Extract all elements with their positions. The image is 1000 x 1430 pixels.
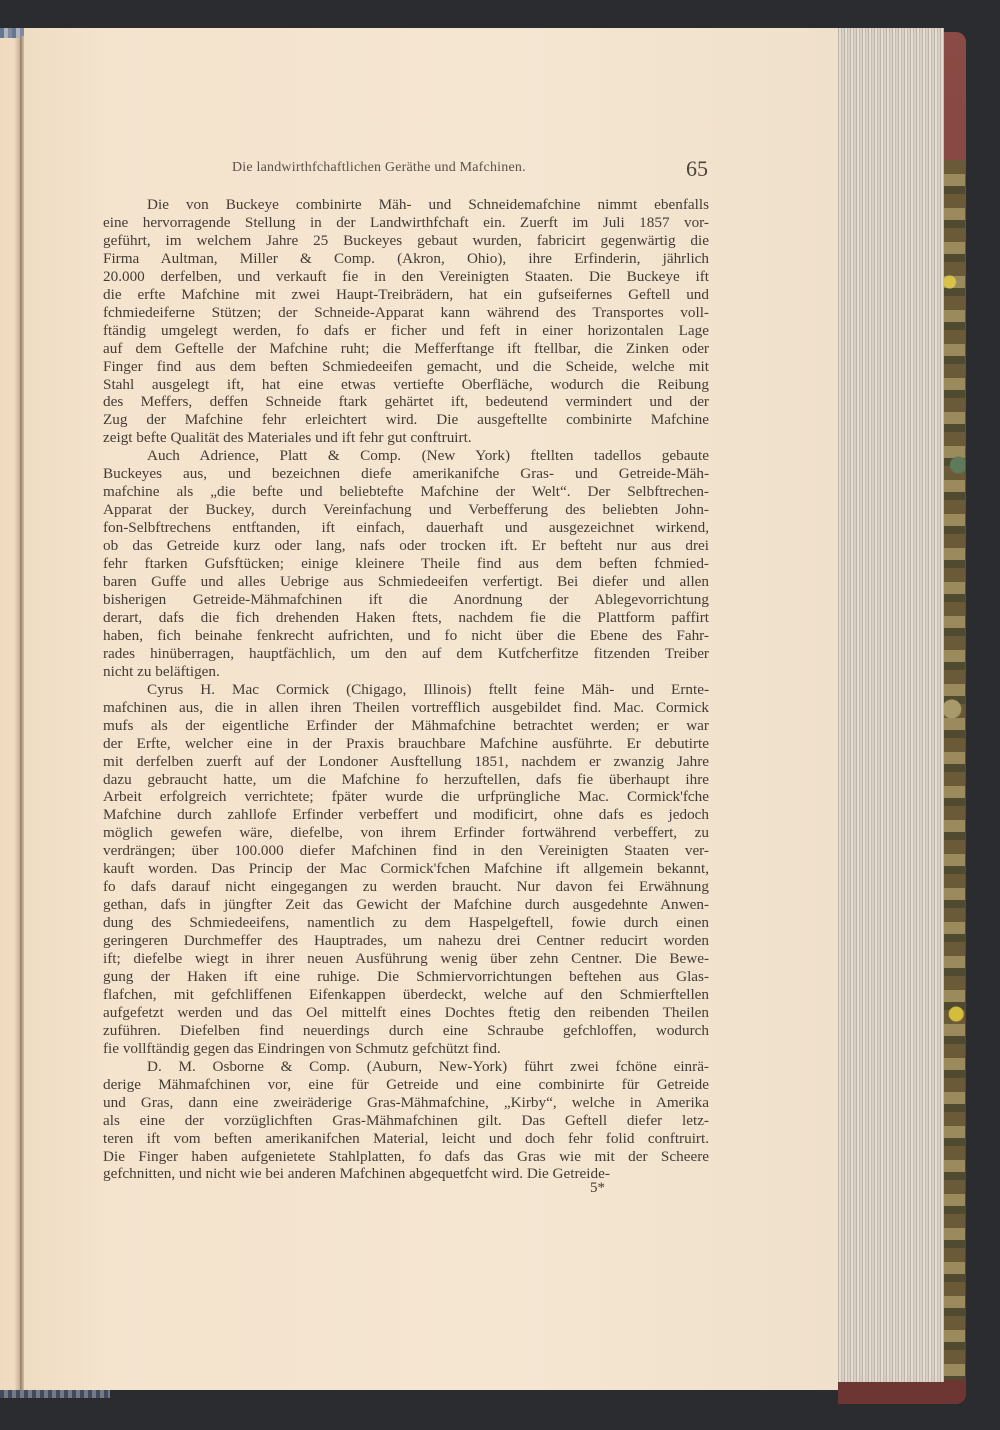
text-line: fo dafs darauf nicht eingegangen zu werd… (103, 878, 709, 896)
text-line: mit derfelben zuerft auf der Londoner Au… (103, 753, 709, 771)
text-line: Die von Buckeye combinirte Mäh- und Schn… (103, 196, 709, 214)
text-line: zuführen. Diefelben find neuerdings durc… (103, 1022, 709, 1040)
text-line: der Erfte, welcher eine in der Praxis br… (103, 735, 709, 753)
text-line: und Gras, dann eine zweiräderige Gras-Mä… (103, 1094, 709, 1112)
text-line: rades hinüberragen, hauptfächlich, um de… (103, 645, 709, 663)
text-line: fehr ftarken Gufsftücken; einige kleiner… (103, 555, 709, 573)
text-line: verdrängen; über 100.000 diefer Mafchine… (103, 842, 709, 860)
text-line: die erfte Mafchine mit zwei Haupt-Treibr… (103, 286, 709, 304)
text-line: möglich gewefen wäre, diefelbe, von ihre… (103, 824, 709, 842)
facing-page-edge (0, 38, 20, 1390)
text-line: Arbeit erfolgreich verrichtete; fpäter w… (103, 788, 709, 806)
text-line: derige Mähmafchinen vor, eine für Getrei… (103, 1076, 709, 1094)
text-line: Auch Adrience, Platt & Comp. (New York) … (103, 447, 709, 465)
text-line: bisherigen Getreide-Mähmafchinen ift die… (103, 591, 709, 609)
text-line: Firma Aultman, Miller & Comp. (Akron, Oh… (103, 250, 709, 268)
running-head: Die landwirthfchaftlichen Geräthe und Ma… (232, 160, 712, 176)
text-line: D. M. Osborne & Comp. (Auburn, New-York)… (103, 1058, 709, 1076)
text-line: geringeren Durchmeffer des Hauptrades, u… (103, 932, 709, 950)
text-line: gefchnitten, und nicht wie bei anderen M… (103, 1165, 709, 1183)
text-line: Zug der Mafchine fehr erleichtert wird. … (103, 411, 709, 429)
body-text: Die von Buckeye combinirte Mäh- und Schn… (103, 196, 709, 1183)
text-line: Cyrus H. Mac Cormick (Chigago, Illinois)… (103, 681, 709, 699)
text-line: kauft worden. Das Princip der Mac Cormic… (103, 860, 709, 878)
text-line: Stahl ausgelegt ift, hat eine etwas vert… (103, 376, 709, 394)
text-line: teren ift vom beften amerikanifchen Mate… (103, 1130, 709, 1148)
text-line: aufgefetzt werden und das Oel mittelft e… (103, 1004, 709, 1022)
marbled-endpaper (943, 160, 965, 1380)
text-line: derart, dafs die fich drehenden Haken ft… (103, 609, 709, 627)
paragraph: D. M. Osborne & Comp. (Auburn, New-York)… (103, 1058, 709, 1184)
text-line: haben, fich beinahe fenkrecht aufrichten… (103, 627, 709, 645)
text-line: fchmiedeiferne Stützen; der Schneide-App… (103, 304, 709, 322)
text-line: Mafchine durch zahllofe Erfinder verbeff… (103, 806, 709, 824)
text-line: Buckeyes aus, und bezeichnen diefe ameri… (103, 465, 709, 483)
text-line: fon-Selbftrechens entftanden, ift einfac… (103, 519, 709, 537)
text-line: dung des Schmiedeeifens, namentlich zu d… (103, 914, 709, 932)
text-line: mafchine als „die befte und beliebtefte … (103, 483, 709, 501)
text-line: flafchen, mit gefchliffenen Eifenkappen … (103, 986, 709, 1004)
page-block-edges (836, 28, 944, 1382)
text-line: ob das Getreide kurz oder lang, nafs ode… (103, 537, 709, 555)
text-line: nicht zu beläftigen. (103, 663, 709, 681)
text-line: mafchinen aus, die in allen ihren Theile… (103, 699, 709, 717)
text-line: gethan, dafs in jüngfter Zeit das Gewich… (103, 896, 709, 914)
text-line: Apparat der Buckey, durch Vereinfachung … (103, 501, 709, 519)
text-line: baren Guffe und alles Uebrige aus Schmie… (103, 573, 709, 591)
text-line: auf dem Geftelle der Mafchine ruht; die … (103, 340, 709, 358)
text-line: ift; diefelbe wiegt in ihrer neuen Ausfü… (103, 950, 709, 968)
text-line: mufs als der eigentliche Erfinder der Mä… (103, 717, 709, 735)
text-line: dazu gebraucht hatte, um die Mafchine fo… (103, 771, 709, 789)
text-line: des Meffers, deffen Schneide ftark gehär… (103, 393, 709, 411)
page-number: 65 (686, 156, 708, 182)
signature-mark: 5* (590, 1180, 605, 1197)
text-line: Die Finger haben aufgenietete Stahlplatt… (103, 1148, 709, 1166)
text-line: Finger find aus dem beften Schmiedeeifen… (103, 358, 709, 376)
text-line: gung der Haken ift eine ruhige. Die Schm… (103, 968, 709, 986)
text-line: zeigt befte Qualität des Materiales und … (103, 429, 709, 447)
paragraph: Die von Buckeye combinirte Mäh- und Schn… (103, 196, 709, 447)
paragraph: Auch Adrience, Platt & Comp. (New York) … (103, 447, 709, 680)
text-line: als eine der vorzüglichften Gras-Mähmafc… (103, 1112, 709, 1130)
paragraph: Cyrus H. Mac Cormick (Chigago, Illinois)… (103, 681, 709, 1058)
text-line: geführt, im welchem Jahre 25 Buckeyes ge… (103, 232, 709, 250)
text-line: fie vollftändig gegen das Eindringen von… (103, 1040, 709, 1058)
text-line: 20.000 derfelben, und verkauft fie in de… (103, 268, 709, 286)
text-line: eine hervorragende Stellung in der Landw… (103, 214, 709, 232)
text-line: ftändig umgelegt werden, fo dafs er fich… (103, 322, 709, 340)
